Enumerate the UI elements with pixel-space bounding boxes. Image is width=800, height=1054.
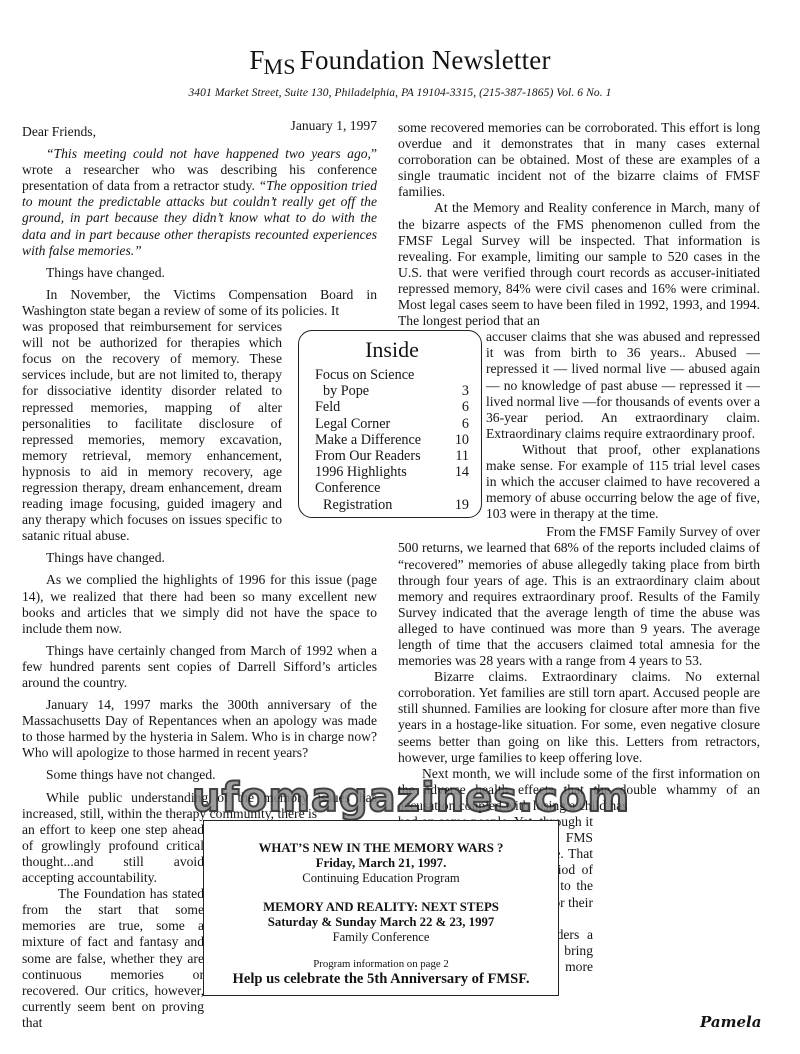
address-line: 3401 Market Street, Suite 130, Philadelp… <box>0 87 800 99</box>
event-date-friday: Friday, March 21, 1997. <box>204 856 558 871</box>
event-title-memory-reality: MEMORY AND REALITY: NEXT STEPS <box>204 900 558 915</box>
paragraph-corroborated: some recovered memories can be corrobora… <box>398 120 760 200</box>
paragraph-things-changed-2: Things have changed. <box>22 550 377 566</box>
paragraph-next-month-a: Next month, we will include some of the … <box>398 766 760 814</box>
title-rest: Foundation Newsletter <box>300 45 551 75</box>
event-conference-type: Family Conference <box>204 930 558 945</box>
paragraph-november-b: was proposed that reimbursement for serv… <box>22 319 282 544</box>
paragraph-without-proof: Without that proof, other explanations m… <box>486 442 760 522</box>
title-fms-f: F <box>249 45 264 75</box>
signature: Pamela <box>700 1013 761 1031</box>
toc-label: Feld <box>315 399 340 415</box>
quote-part-a: “This meeting could not have happened tw… <box>46 146 371 161</box>
title-fms-ms: MS <box>264 54 296 79</box>
paragraph-march-1992: Things have certainly changed from March… <box>22 643 377 691</box>
paragraph-not-changed: Some things have not changed. <box>22 767 377 783</box>
paragraph-bizarre-claims: Bizarre claims. Extraordinary claims. No… <box>398 669 760 766</box>
paragraph-public-understanding: While public understanding of the memory… <box>22 790 377 822</box>
toc-label: Legal Corner <box>315 416 390 432</box>
paragraph-things-changed-1: Things have changed. <box>22 265 377 281</box>
paragraph-salem: January 14, 1997 marks the 300th anniver… <box>22 697 377 761</box>
paragraph-memory-reality-a: At the Memory and Reality conference in … <box>398 200 760 329</box>
paragraph-november-a: In November, the Victims Compensation Bo… <box>22 287 377 319</box>
event-program-info: Program information on page 2 <box>204 958 558 971</box>
paragraph-highlights: As we complied the highlights of 1996 fo… <box>22 572 377 636</box>
event-anniversary: Help us celebrate the 5th Anniversary of… <box>204 971 558 988</box>
toc-label: Registration <box>315 497 392 513</box>
event-title-memory-wars: WHAT’S NEW IN THE MEMORY WARS ? <box>204 841 558 856</box>
paragraph-foundation: The Foundation has stated from the start… <box>22 886 204 1031</box>
masthead: FMSFoundation Newsletter 3401 Market Str… <box>0 44 800 99</box>
paragraph-family-survey-a: From the FMSF Family Survey of over <box>398 524 760 540</box>
paragraph-memory-reality-b: accuser claims that she was abused and r… <box>486 329 760 442</box>
paragraph-effort: an effort to keep one step ahead of grow… <box>22 822 204 886</box>
event-program-type: Continuing Education Program <box>204 871 558 886</box>
toc-label: Conference <box>315 480 380 496</box>
event-announcement-box: WHAT’S NEW IN THE MEMORY WARS ? Friday, … <box>203 820 559 996</box>
toc-label: by Pope <box>315 383 369 399</box>
toc-label: 1996 Highlights <box>315 464 407 480</box>
paragraph-quote: “This meeting could not have happened tw… <box>22 146 377 259</box>
newsletter-title: FMSFoundation Newsletter <box>0 44 800 78</box>
paragraph-family-survey-b: 500 returns, we learned that 68% of the … <box>398 540 760 669</box>
event-date-weekend: Saturday & Sunday March 22 & 23, 1997 <box>204 915 558 930</box>
